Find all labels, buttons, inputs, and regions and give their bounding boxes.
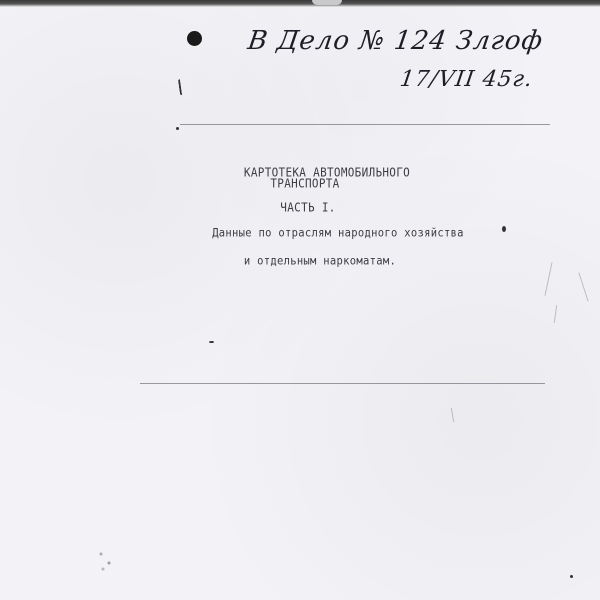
document-title-line2: ТРАНСПОРТА [255, 176, 355, 190]
punch-hole [187, 31, 202, 46]
document-description-line2: и отдельным наркоматам. [220, 254, 420, 267]
handwritten-annotation-line1: В Дело № 124 Злгоф [246, 26, 545, 56]
top-divider-line [180, 124, 550, 125]
faint-pencil-stroke [578, 273, 588, 302]
pencil-mark [178, 79, 185, 96]
scanned-document-page: В Дело № 124 Злгоф 17/VII 45г. КАРТОТЕКА… [0, 0, 600, 600]
handwritten-annotation-date: 17/VII 45г. [398, 67, 534, 92]
ink-speck [502, 226, 506, 232]
faint-pencil-stroke [451, 408, 454, 422]
faint-pencil-stroke [554, 305, 557, 323]
document-description-line1: Данные по отраслям народного хозяйства [168, 226, 508, 239]
bottom-divider-line [140, 383, 545, 384]
ink-speck [209, 341, 214, 343]
page-top-edge-notch [312, 0, 342, 5]
ink-speck-cluster [95, 545, 115, 575]
page-top-edge-shadow [0, 0, 600, 7]
ink-speck [570, 575, 573, 578]
ink-speck [176, 127, 179, 130]
document-part-number: ЧАСТЬ I. [278, 200, 338, 214]
faint-pencil-stroke [544, 262, 552, 295]
